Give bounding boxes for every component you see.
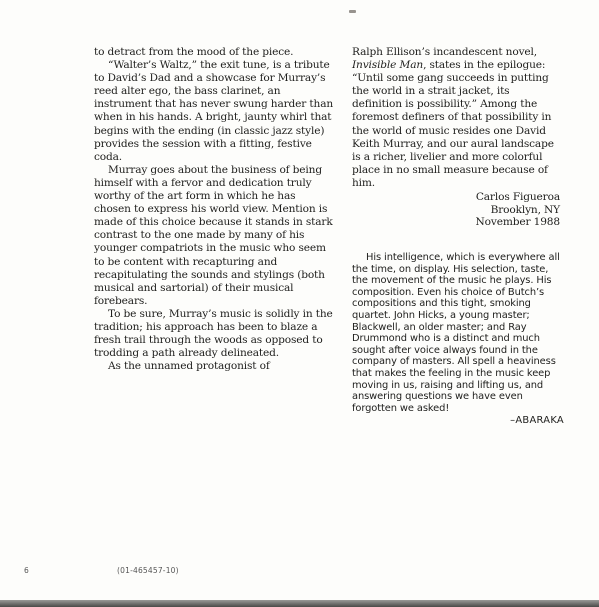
paragraph: Ralph Ellison’s incandescent novel, Invi… — [352, 46, 560, 190]
right-column-tribute: His intelligence, which is everywhere al… — [352, 252, 564, 427]
paragraph: To be sure, Murray’s music is solidly in… — [94, 308, 334, 360]
left-column: to detract from the mood of the piece. “… — [94, 46, 334, 373]
signature-block: Carlos Figueroa Brooklyn, NY November 19… — [352, 191, 560, 229]
catalog-number: (01-465457-10) — [117, 566, 179, 575]
author-name: Carlos Figueroa — [352, 191, 560, 204]
tribute-author: –ABARAKA — [352, 415, 564, 427]
scan-edge — [0, 600, 599, 607]
page-number: 6 — [24, 566, 29, 575]
book-title: Invisible Man — [352, 59, 423, 71]
scan-mark — [349, 10, 356, 13]
paragraph: to detract from the mood of the piece. — [94, 46, 334, 59]
author-date: November 1988 — [352, 216, 560, 229]
author-location: Brooklyn, NY — [352, 204, 560, 217]
paragraph: As the unnamed protagonist of — [94, 360, 334, 373]
liner-notes-page: to detract from the mood of the piece. “… — [0, 0, 599, 607]
paragraph: Murray goes about the business of being … — [94, 164, 334, 308]
right-column-essay: Ralph Ellison’s incandescent novel, Invi… — [352, 46, 560, 229]
paragraph: “Walter’s Waltz,” the exit tune, is a tr… — [94, 59, 334, 164]
paragraph: His intelligence, which is everywhere al… — [352, 252, 564, 414]
